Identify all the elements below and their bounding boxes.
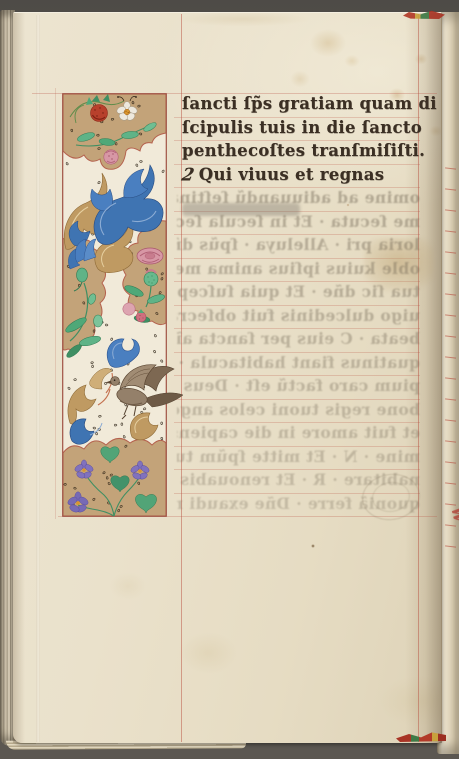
bleedthrough-line: uigo dulcedinis fuit obſecrata [177,304,420,328]
bleedthrough-line: me ſecuta · Et in ſecula ſeculoru [177,210,420,234]
bleedthrough-line: pium caro factũ eſt · Deus [177,374,420,398]
bleedthrough-line: omine ad adiuuandũ ſeſtina [177,186,420,210]
bleedthrough-line: loria pri · Alleluya · ſpũs dñi [177,233,420,257]
bleedthrough-block: omine ad adiuuandũ ſeſtiname ſecuta · Et… [177,186,420,515]
pink-fruit [123,303,135,315]
bleedthrough-line: quatinus fiant habitacula · de [177,351,420,375]
bleedthrough-line: mine · N · Et mitte ſpũm tuũ [177,445,420,469]
bleedthrough-line: tua ſic dñe · Et quia ſuſcepit [177,280,420,304]
strawberry [136,312,146,322]
bleedthrough-line: quoniã ferre · Dñe exaudi nos [177,492,420,516]
text-line-3: penthecoſtes tranſmiſiſti. [182,139,438,163]
bleedthrough-line: nabitare · R · Et renouabis fa [177,468,420,492]
text-line-4-words: Qui viuus et regnas [199,163,385,187]
text-line-2: ſcipulis tuis in die ſancto [182,116,438,140]
panel-guide-rule [55,88,56,519]
text-block: ſancti ſp̃s gratiam quam di ſcipulis tui… [182,92,438,186]
bleedthrough-line: oble kuius ipſius anima meã [177,257,420,281]
bleedthrough-line: beata · C eius per ſancta aĩa [177,327,420,351]
pink-bud [104,150,118,164]
bleedthrough-line: bone regis tuoni celos angelis [177,398,420,422]
illuminated-border-panel [62,93,192,517]
text-line-4: 2Qui viuus et regnas [182,163,438,187]
bleedthrough-line: et fuit amore in die capiens a [177,421,420,445]
text-line-1: ſancti ſp̃s gratiam quam di [182,92,438,116]
border-panel-art [62,93,192,517]
manuscript-photo: w omine ad adiuuandũ ſeſtiname ſecuta · … [0,0,459,759]
